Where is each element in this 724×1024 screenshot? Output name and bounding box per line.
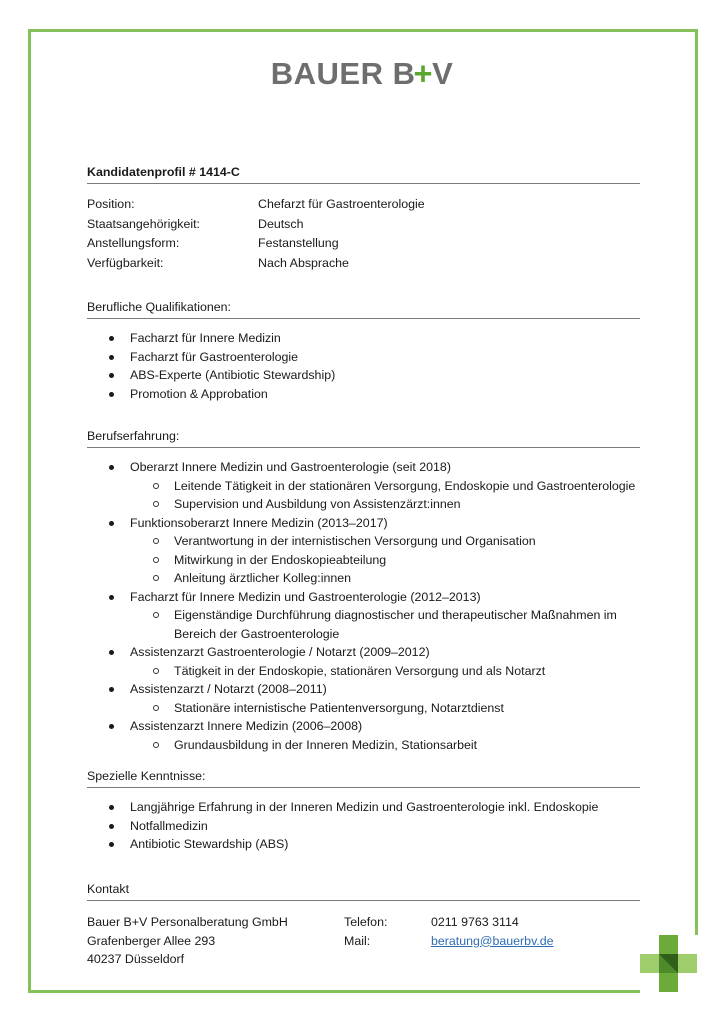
section-heading: Spezielle Kenntnisse: <box>87 767 640 786</box>
experience-subitem-text: Leitende Tätigkeit in der stationären Ve… <box>174 479 635 493</box>
list-item: Facharzt für Innere Medizin <box>87 329 640 348</box>
detail-row: Staatsangehörigkeit:Deutsch <box>87 215 640 235</box>
experience-subitems: Stationäre internistische Patientenverso… <box>130 699 640 718</box>
bullet-icon <box>109 842 114 847</box>
experience-subitem-text: Tätigkeit in der Endoskopie, stationären… <box>174 664 545 678</box>
detail-value: Nach Absprache <box>258 254 349 274</box>
skills-section: Spezielle Kenntnisse: Langjährige Erfahr… <box>87 767 640 854</box>
email-link[interactable]: beratung@bauerbv.de <box>431 934 554 948</box>
cross-center <box>659 954 678 973</box>
circle-bullet-icon <box>153 668 159 674</box>
list-item-text: Notfallmedizin <box>130 819 208 833</box>
frame-border-left <box>28 29 31 993</box>
experience-title: Assistenzarzt Gastroenterologie / Notarz… <box>130 645 430 659</box>
contact-values: 0211 9763 3114 beratung@bauerbv.de <box>431 913 554 950</box>
experience-subitem: Mitwirkung in der Endoskopieabteilung <box>87 551 640 570</box>
circle-bullet-icon <box>153 575 159 581</box>
list-item: Langjährige Erfahrung in der Inneren Med… <box>87 798 640 817</box>
detail-key: Verfügbarkeit: <box>87 254 258 274</box>
list-item-text: ABS-Experte (Antibiotic Stewardship) <box>130 368 335 382</box>
list-item-text: Antibiotic Stewardship (ABS) <box>130 837 288 851</box>
experience-subitem-text: Supervision und Ausbildung von Assistenz… <box>174 497 461 511</box>
street-address: Grafenberger Allee 293 <box>87 932 288 951</box>
bullet-icon <box>109 650 114 655</box>
experience-item: Assistenzarzt Innere Medizin (2006–2008)… <box>87 717 640 754</box>
experience-list: Oberarzt Innere Medizin und Gastroentero… <box>87 458 640 754</box>
frame-border-right <box>695 29 698 935</box>
detail-key: Position: <box>87 195 258 215</box>
frame-border-top <box>28 29 697 32</box>
skills-list: Langjährige Erfahrung in der Inneren Med… <box>87 798 640 854</box>
experience-subitem: Supervision und Ausbildung von Assistenz… <box>87 495 640 514</box>
city-address: 40237 Düsseldorf <box>87 950 288 969</box>
experience-subitem: Anleitung ärztlicher Kolleg:innen <box>87 569 640 588</box>
bullet-icon <box>109 805 114 810</box>
detail-value: Deutsch <box>258 215 303 235</box>
phone-label: Telefon: <box>344 913 387 932</box>
experience-item: Oberarzt Innere Medizin und Gastroentero… <box>87 458 640 514</box>
list-item: ABS-Experte (Antibiotic Stewardship) <box>87 366 640 385</box>
bullet-icon <box>109 373 114 378</box>
experience-title: Oberarzt Innere Medizin und Gastroentero… <box>130 460 451 474</box>
divider <box>87 900 640 901</box>
experience-item: Assistenzarzt / Notarzt (2008–2011)Stati… <box>87 680 640 717</box>
detail-key: Anstellungsform: <box>87 234 258 254</box>
experience-subitem-text: Anleitung ärztlicher Kolleg:innen <box>174 571 351 585</box>
section-heading: Berufserfahrung: <box>87 427 640 446</box>
divider <box>87 787 640 788</box>
frame-border-bottom <box>28 990 640 993</box>
bullet-icon <box>109 595 114 600</box>
experience-subitem: Verantwortung in der internistischen Ver… <box>87 532 640 551</box>
list-item-text: Langjährige Erfahrung in der Inneren Med… <box>130 800 598 814</box>
circle-bullet-icon <box>153 742 159 748</box>
logo-plus-icon: + <box>414 55 434 93</box>
detail-row: Verfügbarkeit:Nach Absprache <box>87 254 640 274</box>
bullet-icon <box>109 465 114 470</box>
phone-number: 0211 9763 3114 <box>431 913 554 932</box>
list-item: Facharzt für Gastroenterologie <box>87 348 640 367</box>
divider <box>87 318 640 319</box>
bullet-icon <box>109 824 114 829</box>
contact-details: Bauer B+V Personalberatung GmbH Grafenbe… <box>87 913 640 973</box>
experience-item: Funktionsoberarzt Innere Medizin (2013–2… <box>87 514 640 588</box>
bullet-icon <box>109 724 114 729</box>
experience-item: Assistenzarzt Gastroenterologie / Notarz… <box>87 643 640 680</box>
bullet-icon <box>109 336 114 341</box>
divider <box>87 183 640 184</box>
company-logo: BAUER B+V <box>0 56 724 92</box>
profile-header: Kandidatenprofil # 1414-C Position:Chefa… <box>87 163 640 273</box>
experience-section: Berufserfahrung: Oberarzt Innere Medizin… <box>87 427 640 754</box>
detail-row: Position:Chefarzt für Gastroenterologie <box>87 195 640 215</box>
experience-title: Funktionsoberarzt Innere Medizin (2013–2… <box>130 516 388 530</box>
experience-subitems: Verantwortung in der internistischen Ver… <box>130 532 640 588</box>
section-heading: Berufliche Qualifikationen: <box>87 298 640 317</box>
experience-subitem: Leitende Tätigkeit in der stationären Ve… <box>87 477 640 496</box>
experience-subitem: Tätigkeit in der Endoskopie, stationären… <box>87 662 640 681</box>
experience-subitem: Eigenständige Durchführung diagnostische… <box>87 606 640 643</box>
bullet-icon <box>109 521 114 526</box>
circle-bullet-icon <box>153 612 159 618</box>
experience-title: Facharzt für Innere Medizin und Gastroen… <box>130 590 481 604</box>
experience-subitem: Stationäre internistische Patientenverso… <box>87 699 640 718</box>
profile-details: Position:Chefarzt für GastroenterologieS… <box>87 195 640 273</box>
profile-title: Kandidatenprofil # 1414-C <box>87 163 640 182</box>
experience-subitems: Leitende Tätigkeit in der stationären Ve… <box>130 477 640 514</box>
circle-bullet-icon <box>153 705 159 711</box>
experience-subitem-text: Eigenständige Durchführung diagnostische… <box>174 608 617 641</box>
experience-subitems: Eigenständige Durchführung diagnostische… <box>130 606 640 643</box>
contact-address: Bauer B+V Personalberatung GmbH Grafenbe… <box>87 913 288 969</box>
detail-value: Festanstellung <box>258 234 339 254</box>
experience-subitem: Grundausbildung in der Inneren Medizin, … <box>87 736 640 755</box>
divider <box>87 447 640 448</box>
list-item: Antibiotic Stewardship (ABS) <box>87 835 640 854</box>
circle-bullet-icon <box>153 557 159 563</box>
list-item-text: Promotion & Approbation <box>130 387 268 401</box>
section-heading: Kontakt <box>87 880 640 899</box>
detail-row: Anstellungsform:Festanstellung <box>87 234 640 254</box>
list-item: Promotion & Approbation <box>87 385 640 404</box>
experience-subitem-text: Verantwortung in der internistischen Ver… <box>174 534 536 548</box>
experience-title: Assistenzarzt Innere Medizin (2006–2008) <box>130 719 362 733</box>
contact-section: Kontakt Bauer B+V Personalberatung GmbH … <box>87 880 640 973</box>
qualifications-list: Facharzt für Innere MedizinFacharzt für … <box>87 329 640 403</box>
bullet-icon <box>109 687 114 692</box>
list-item: Notfallmedizin <box>87 817 640 836</box>
list-item-text: Facharzt für Gastroenterologie <box>130 350 298 364</box>
logo-text-right: V <box>432 56 453 91</box>
qualifications-section: Berufliche Qualifikationen: Facharzt für… <box>87 298 640 403</box>
experience-subitem-text: Stationäre internistische Patientenverso… <box>174 701 504 715</box>
experience-title: Assistenzarzt / Notarzt (2008–2011) <box>130 682 327 696</box>
circle-bullet-icon <box>153 501 159 507</box>
detail-value: Chefarzt für Gastroenterologie <box>258 195 425 215</box>
bullet-icon <box>109 392 114 397</box>
experience-subitems: Tätigkeit in der Endoskopie, stationären… <box>130 662 640 681</box>
company-name: Bauer B+V Personalberatung GmbH <box>87 913 288 932</box>
detail-key: Staatsangehörigkeit: <box>87 215 258 235</box>
list-item-text: Facharzt für Innere Medizin <box>130 331 281 345</box>
contact-labels: Telefon: Mail: <box>344 913 387 950</box>
bullet-icon <box>109 355 114 360</box>
experience-subitems: Grundausbildung in der Inneren Medizin, … <box>130 736 640 755</box>
experience-item: Facharzt für Innere Medizin und Gastroen… <box>87 588 640 644</box>
mail-label: Mail: <box>344 932 387 951</box>
circle-bullet-icon <box>153 538 159 544</box>
logo-text-left: BAUER B <box>271 56 416 91</box>
experience-subitem-text: Mitwirkung in der Endoskopieabteilung <box>174 553 386 567</box>
experience-subitem-text: Grundausbildung in der Inneren Medizin, … <box>174 738 477 752</box>
circle-bullet-icon <box>153 483 159 489</box>
